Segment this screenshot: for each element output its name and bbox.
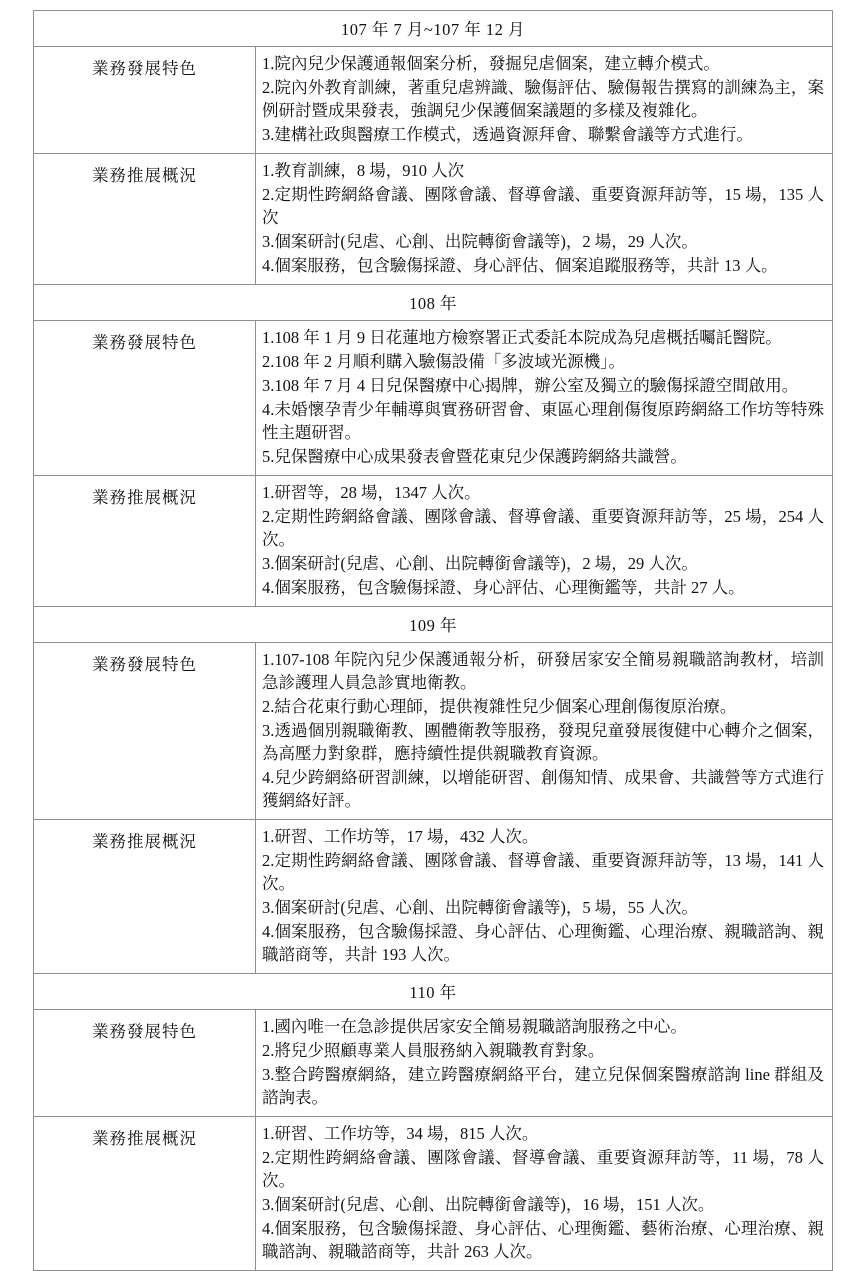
row-label-cell: 業務發展特色 xyxy=(34,321,256,476)
content-item: 1.研習等，28 場，1347 人次。 xyxy=(262,481,824,504)
row-label: 業務推展概況 xyxy=(92,488,197,507)
row-label: 業務發展特色 xyxy=(92,333,197,352)
row-label-cell: 業務推展概況 xyxy=(34,1117,256,1271)
content-item: 1.國內唯一在急診提供居家安全簡易親職諮詢服務之中心。 xyxy=(262,1015,824,1038)
row-label-cell: 業務推展概況 xyxy=(34,476,256,607)
content-item: 2.結合花東行動心理師，提供複雜性兒少個案心理創傷復原治療。 xyxy=(262,695,824,718)
row-label: 業務推展概況 xyxy=(92,166,197,185)
content-item: 1.108 年 1 月 9 日花蓮地方檢察署正式委託本院成為兒虐概括囑託醫院。 xyxy=(262,326,824,349)
data-row: 業務發展特色1.國內唯一在急診提供居家安全簡易親職諮詢服務之中心。2.將兒少照顧… xyxy=(34,1010,833,1117)
content-cell: 1.院內兒少保護通報個案分析，發掘兒虐個案，建立轉介模式。2.院內外教育訓練，著… xyxy=(256,47,833,154)
content-item: 2.定期性跨網絡會議、團隊會議、督導會議、重要資源拜訪等，25 場，254 人次… xyxy=(262,505,824,551)
period-header-row: 109 年 xyxy=(34,607,833,643)
period-header-row: 110 年 xyxy=(34,974,833,1010)
content-item: 2.院內外教育訓練，著重兒虐辨識、驗傷評估、驗傷報告撰寫的訓練為主，案例研討暨成… xyxy=(262,76,824,122)
row-label-cell: 業務發展特色 xyxy=(34,643,256,820)
content-cell: 1.研習、工作坊等，34 場，815 人次。2.定期性跨網絡會議、團隊會議、督導… xyxy=(256,1117,833,1271)
content-cell: 1.研習等，28 場，1347 人次。2.定期性跨網絡會議、團隊會議、督導會議、… xyxy=(256,476,833,607)
document-table-body: 107 年 7 月~107 年 12 月業務發展特色1.院內兒少保護通報個案分析… xyxy=(34,11,833,1271)
content-item: 2.定期性跨網絡會議、團隊會議、督導會議、重要資源拜訪等，13 場，141 人次… xyxy=(262,849,824,895)
content-item: 2.將兒少照顧專業人員服務納入親職教育對象。 xyxy=(262,1039,824,1062)
data-row: 業務推展概況1.研習、工作坊等，34 場，815 人次。2.定期性跨網絡會議、團… xyxy=(34,1117,833,1271)
period-header: 110 年 xyxy=(34,974,833,1010)
content-item: 3.整合跨醫療網絡，建立跨醫療網絡平台，建立兒保個案醫療諮詢 line 群組及諮… xyxy=(262,1063,824,1109)
content-item: 1.107-108 年院內兒少保護通報分析，研發居家安全簡易親職諮詢教材，培訓急… xyxy=(262,648,824,694)
data-row: 業務發展特色1.108 年 1 月 9 日花蓮地方檢察署正式委託本院成為兒虐概括… xyxy=(34,321,833,476)
content-item: 2.108 年 2 月順利購入驗傷設備「多波域光源機」。 xyxy=(262,350,824,373)
content-cell: 1.研習、工作坊等，17 場，432 人次。2.定期性跨網絡會議、團隊會議、督導… xyxy=(256,820,833,974)
content-item: 3.個案研討(兒虐、心創、出院轉銜會議等)，16 場，151 人次。 xyxy=(262,1193,824,1216)
row-label: 業務發展特色 xyxy=(92,655,197,674)
content-item: 1.教育訓練，8 場，910 人次 xyxy=(262,159,824,182)
content-item: 4.個案服務，包含驗傷採證、身心評估、心理衡鑑、藝術治療、心理治療、親職諮詢、親… xyxy=(262,1217,824,1263)
row-label: 業務推展概況 xyxy=(92,1129,197,1148)
content-item: 3.個案研討(兒虐、心創、出院轉銜會議等)，2 場，29 人次。 xyxy=(262,230,824,253)
document-table: 107 年 7 月~107 年 12 月業務發展特色1.院內兒少保護通報個案分析… xyxy=(33,10,833,1271)
content-item: 3.建構社政與醫療工作模式，透過資源拜會、聯繫會議等方式進行。 xyxy=(262,123,824,146)
content-item: 4.個案服務，包含驗傷採證、身心評估、心理衡鑑等，共計 27 人。 xyxy=(262,576,824,599)
row-label-cell: 業務發展特色 xyxy=(34,47,256,154)
row-label: 業務發展特色 xyxy=(92,1022,197,1041)
content-item: 4.個案服務，包含驗傷採證、身心評估、個案追蹤服務等，共計 13 人。 xyxy=(262,254,824,277)
period-header-row: 107 年 7 月~107 年 12 月 xyxy=(34,11,833,47)
content-cell: 1.國內唯一在急診提供居家安全簡易親職諮詢服務之中心。2.將兒少照顧專業人員服務… xyxy=(256,1010,833,1117)
content-item: 5.兒保醫療中心成果發表會暨花東兒少保護跨網絡共識營。 xyxy=(262,445,824,468)
row-label: 業務推展概況 xyxy=(92,832,197,851)
content-cell: 1.107-108 年院內兒少保護通報分析，研發居家安全簡易親職諮詢教材，培訓急… xyxy=(256,643,833,820)
period-header-row: 108 年 xyxy=(34,285,833,321)
content-item: 2.定期性跨網絡會議、團隊會議、督導會議、重要資源拜訪等，15 場，135 人次 xyxy=(262,183,824,229)
content-item: 1.研習、工作坊等，17 場，432 人次。 xyxy=(262,825,824,848)
content-item: 2.定期性跨網絡會議、團隊會議、督導會議、重要資源拜訪等，11 場，78 人次。 xyxy=(262,1146,824,1192)
content-cell: 1.108 年 1 月 9 日花蓮地方檢察署正式委託本院成為兒虐概括囑託醫院。2… xyxy=(256,321,833,476)
period-header: 108 年 xyxy=(34,285,833,321)
content-item: 4.兒少跨網絡研習訓練，以增能研習、創傷知情、成果會、共識營等方式進行獲網絡好評… xyxy=(262,766,824,812)
data-row: 業務發展特色1.107-108 年院內兒少保護通報分析，研發居家安全簡易親職諮詢… xyxy=(34,643,833,820)
data-row: 業務推展概況1.研習等，28 場，1347 人次。2.定期性跨網絡會議、團隊會議… xyxy=(34,476,833,607)
content-item: 4.個案服務，包含驗傷採證、身心評估、心理衡鑑、心理治療、親職諮詢、親職諮商等，… xyxy=(262,920,824,966)
content-item: 1.院內兒少保護通報個案分析，發掘兒虐個案，建立轉介模式。 xyxy=(262,52,824,75)
data-row: 業務推展概況1.研習、工作坊等，17 場，432 人次。2.定期性跨網絡會議、團… xyxy=(34,820,833,974)
content-cell: 1.教育訓練，8 場，910 人次2.定期性跨網絡會議、團隊會議、督導會議、重要… xyxy=(256,154,833,285)
row-label-cell: 業務推展概況 xyxy=(34,820,256,974)
data-row: 業務發展特色1.院內兒少保護通報個案分析，發掘兒虐個案，建立轉介模式。2.院內外… xyxy=(34,47,833,154)
period-header: 109 年 xyxy=(34,607,833,643)
content-item: 4.未婚懷孕青少年輔導與實務研習會、東區心理創傷復原跨網絡工作坊等特殊性主題研習… xyxy=(262,398,824,444)
content-item: 1.研習、工作坊等，34 場，815 人次。 xyxy=(262,1122,824,1145)
data-row: 業務推展概況1.教育訓練，8 場，910 人次2.定期性跨網絡會議、團隊會議、督… xyxy=(34,154,833,285)
row-label-cell: 業務發展特色 xyxy=(34,1010,256,1117)
row-label-cell: 業務推展概況 xyxy=(34,154,256,285)
content-item: 3.108 年 7 月 4 日兒保醫療中心揭牌，辦公室及獨立的驗傷採證空間啟用。 xyxy=(262,374,824,397)
content-item: 3.個案研討(兒虐、心創、出院轉銜會議等)，5 場，55 人次。 xyxy=(262,896,824,919)
content-item: 3.透過個別親職衛教、團體衛教等服務，發現兒童發展復健中心轉介之個案，為高壓力對… xyxy=(262,719,824,765)
content-item: 3.個案研討(兒虐、心創、出院轉銜會議等)，2 場，29 人次。 xyxy=(262,552,824,575)
row-label: 業務發展特色 xyxy=(92,59,197,78)
period-header: 107 年 7 月~107 年 12 月 xyxy=(34,11,833,47)
